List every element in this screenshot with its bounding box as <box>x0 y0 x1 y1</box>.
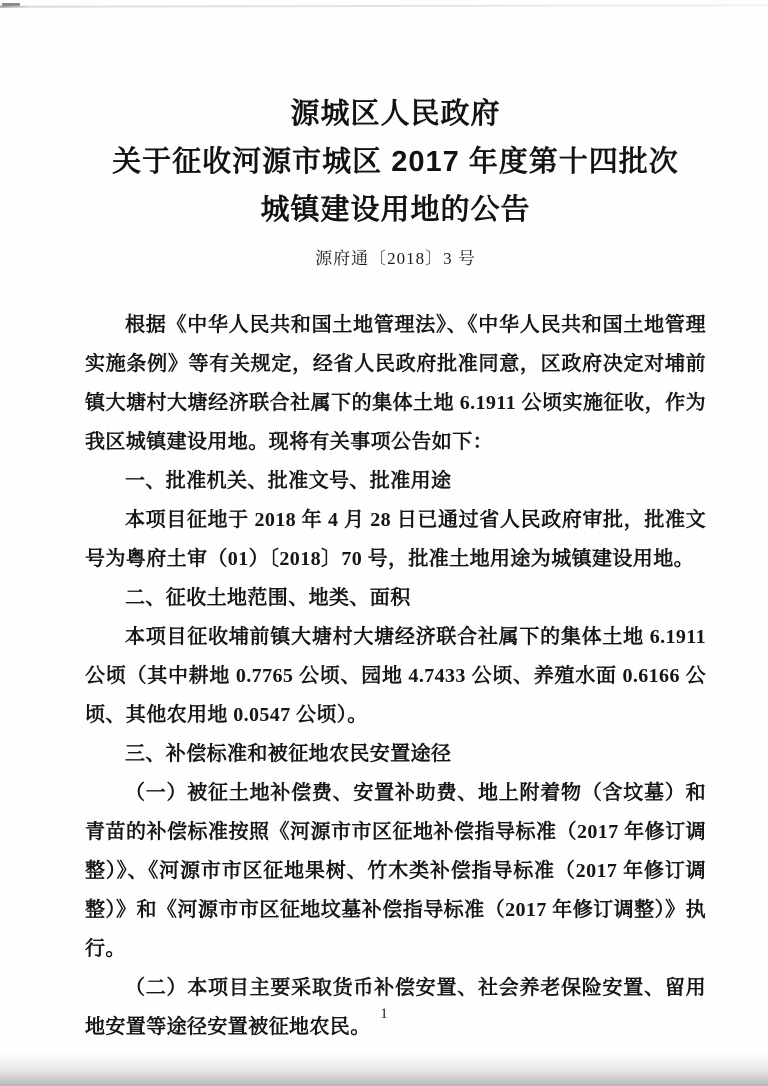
title-line-1: 源城区人民政府 <box>85 90 706 138</box>
document-body: 根据《中华人民共和国土地管理法》、《中华人民共和国土地管理实施条例》等有关规定，… <box>85 306 706 1047</box>
title-line-2: 关于征收河源市城区 2017 年度第十四批次 <box>85 138 706 186</box>
scan-artifact-bottom-shadow <box>0 1052 768 1086</box>
scan-artifact-top-line <box>0 4 768 8</box>
document-title: 源城区人民政府 关于征收河源市城区 2017 年度第十四批次 城镇建设用地的公告 <box>85 90 706 234</box>
paragraph-section-2: 本项目征收埔前镇大塘村大塘经济联合社属下的集体土地 6.1911 公顷（其中耕地… <box>85 618 706 735</box>
paragraph-section-3-item-1: （一）被征土地补偿费、安置补助费、地上附着物（含坟墓）和青苗的补偿标准按照《河源… <box>85 774 706 969</box>
section-heading-3: 三、补偿标准和被征地农民安置途径 <box>85 735 706 774</box>
title-line-3: 城镇建设用地的公告 <box>85 186 706 234</box>
paragraph-intro: 根据《中华人民共和国土地管理法》、《中华人民共和国土地管理实施条例》等有关规定，… <box>85 306 706 462</box>
section-heading-1: 一、批准机关、批准文号、批准用途 <box>85 462 706 501</box>
document-number: 源府通〔2018〕3 号 <box>85 246 706 272</box>
document-page: 源城区人民政府 关于征收河源市城区 2017 年度第十四批次 城镇建设用地的公告… <box>0 90 768 1047</box>
page-number: 1 <box>0 1006 768 1023</box>
paragraph-section-1: 本项目征地于 2018 年 4 月 28 日已通过省人民政府审批，批准文号为粤府… <box>85 501 706 579</box>
section-heading-2: 二、征收土地范围、地类、面积 <box>85 579 706 618</box>
